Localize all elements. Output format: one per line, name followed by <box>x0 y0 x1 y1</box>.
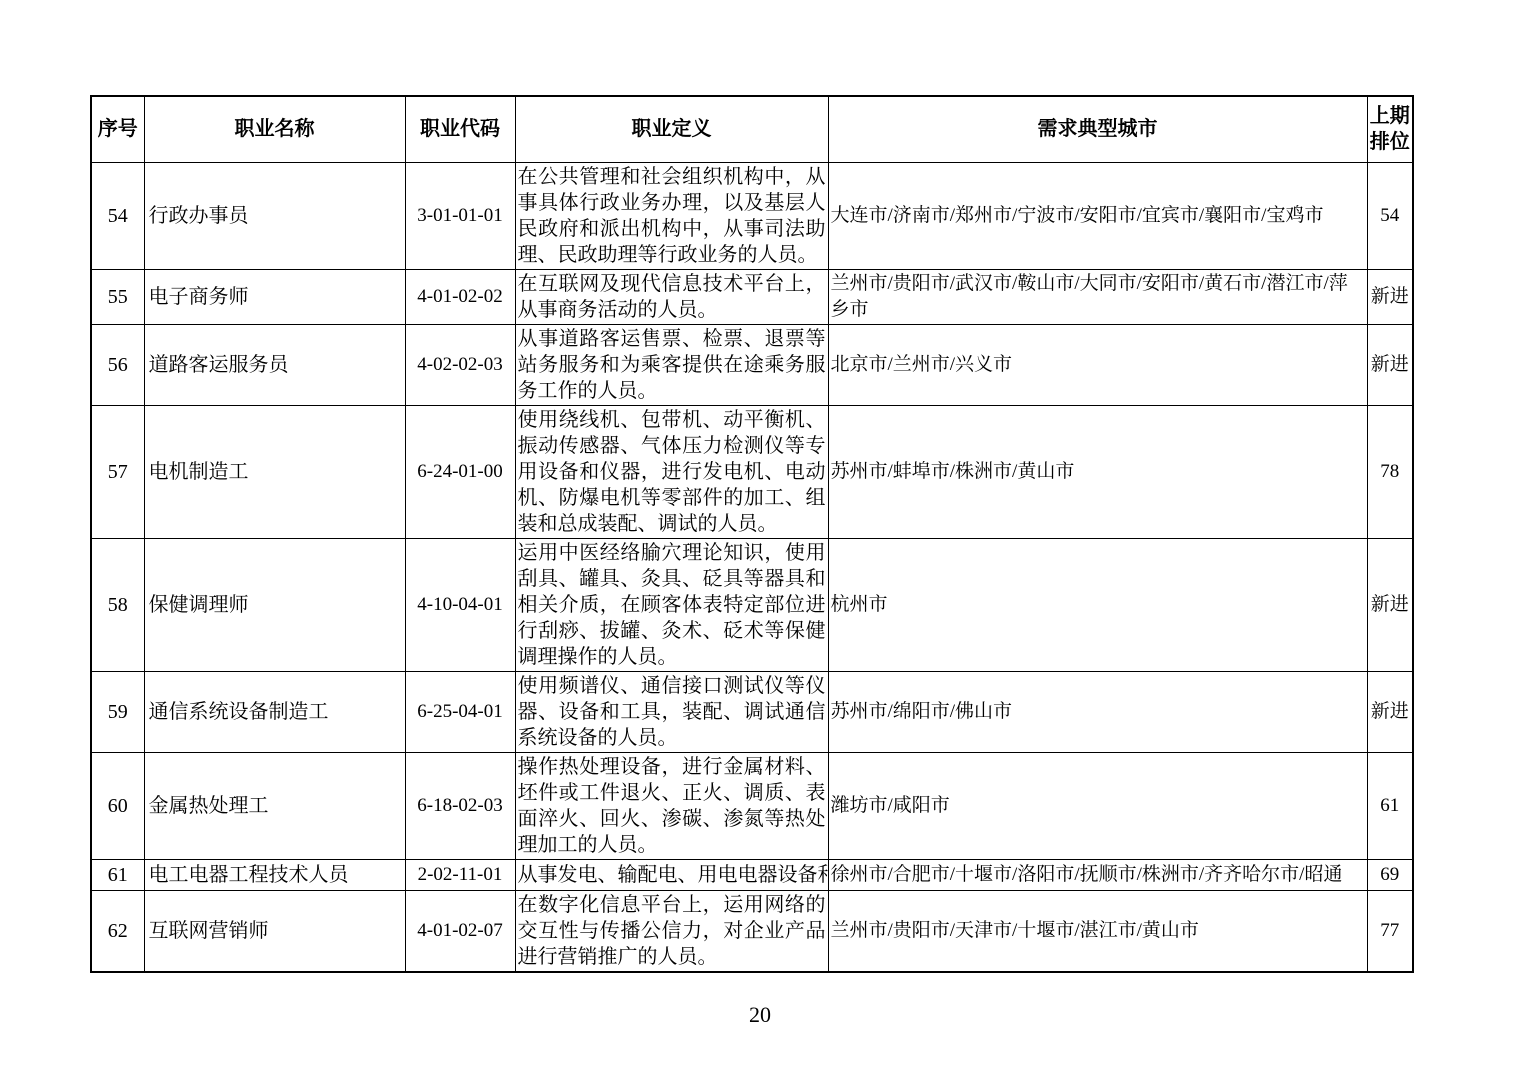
cell-previous-rank: 新进 <box>1367 324 1413 405</box>
cell-definition: 从事道路客运售票、检票、退票等站务服务和为乘客提供在途乘务服务工作的人员。 <box>515 324 828 405</box>
cell-previous-rank: 54 <box>1367 162 1413 269</box>
cell-definition: 在数字化信息平台上，运用网络的交互性与传播公信力，对企业产品进行营销推广的人员。 <box>515 890 828 972</box>
cell-occupation-name: 行政办事员 <box>144 162 405 269</box>
header-demand-cities: 需求典型城市 <box>828 96 1367 162</box>
cell-previous-rank: 77 <box>1367 890 1413 972</box>
cell-index: 57 <box>91 405 144 538</box>
table-row: 57 电机制造工 6-24-01-00 使用绕线机、包带机、动平衡机、振动传感器… <box>91 405 1413 538</box>
cell-previous-rank: 新进 <box>1367 671 1413 752</box>
document-page: 序号 职业名称 职业代码 职业定义 需求典型城市 上期 排位 54 行政办事员 … <box>0 0 1520 1074</box>
cell-occupation-code: 6-24-01-00 <box>405 405 515 538</box>
cell-definition: 在公共管理和社会组织机构中，从事具体行政业务办理，以及基层人民政府和派出机构中，… <box>515 162 828 269</box>
table-row: 55 电子商务师 4-01-02-02 在互联网及现代信息技术平台上，从事商务活… <box>91 269 1413 324</box>
cell-occupation-name: 互联网营销师 <box>144 890 405 972</box>
cell-occupation-name: 电工电器工程技术人员 <box>144 859 405 890</box>
header-occupation-name: 职业名称 <box>144 96 405 162</box>
cell-previous-rank: 新进 <box>1367 269 1413 324</box>
cell-demand-cities: 北京市/兰州市/兴义市 <box>828 324 1367 405</box>
header-occupation-code: 职业代码 <box>405 96 515 162</box>
cell-demand-cities: 兰州市/贵阳市/天津市/十堰市/湛江市/黄山市 <box>828 890 1367 972</box>
cell-index: 56 <box>91 324 144 405</box>
table-header: 序号 职业名称 职业代码 职业定义 需求典型城市 上期 排位 <box>91 96 1413 162</box>
cell-previous-rank: 69 <box>1367 859 1413 890</box>
cell-occupation-code: 3-01-01-01 <box>405 162 515 269</box>
cell-index: 54 <box>91 162 144 269</box>
table-row: 60 金属热处理工 6-18-02-03 操作热处理设备，进行金属材料、坯件或工… <box>91 752 1413 859</box>
cell-occupation-name: 保健调理师 <box>144 538 405 671</box>
table-row: 61 电工电器工程技术人员 2-02-11-01 从事发电、输配电、用电电器设备… <box>91 859 1413 890</box>
cell-index: 61 <box>91 859 144 890</box>
cell-previous-rank: 新进 <box>1367 538 1413 671</box>
cell-definition: 从事发电、输配电、用电电器设备和 <box>515 859 828 890</box>
table-row: 54 行政办事员 3-01-01-01 在公共管理和社会组织机构中，从事具体行政… <box>91 162 1413 269</box>
table-body: 54 行政办事员 3-01-01-01 在公共管理和社会组织机构中，从事具体行政… <box>91 162 1413 972</box>
page-number: 20 <box>0 1002 1520 1028</box>
cell-index: 59 <box>91 671 144 752</box>
cell-occupation-code: 4-02-02-03 <box>405 324 515 405</box>
cell-demand-cities: 大连市/济南市/郑州市/宁波市/安阳市/宜宾市/襄阳市/宝鸡市 <box>828 162 1367 269</box>
header-index: 序号 <box>91 96 144 162</box>
cell-demand-cities: 潍坊市/咸阳市 <box>828 752 1367 859</box>
cell-occupation-name: 电机制造工 <box>144 405 405 538</box>
cell-previous-rank: 61 <box>1367 752 1413 859</box>
cell-occupation-name: 金属热处理工 <box>144 752 405 859</box>
header-row: 序号 职业名称 职业代码 职业定义 需求典型城市 上期 排位 <box>91 96 1413 162</box>
cell-occupation-code: 4-01-02-02 <box>405 269 515 324</box>
cell-definition: 使用绕线机、包带机、动平衡机、振动传感器、气体压力检测仪等专用设备和仪器，进行发… <box>515 405 828 538</box>
table-row: 62 互联网营销师 4-01-02-07 在数字化信息平台上，运用网络的交互性与… <box>91 890 1413 972</box>
cell-definition: 运用中医经络腧穴理论知识，使用刮具、罐具、灸具、砭具等器具和相关介质，在顾客体表… <box>515 538 828 671</box>
cell-occupation-code: 2-02-11-01 <box>405 859 515 890</box>
cell-demand-cities: 苏州市/蚌埠市/株洲市/黄山市 <box>828 405 1367 538</box>
cell-definition: 使用频谱仪、通信接口测试仪等仪器、设备和工具，装配、调试通信系统设备的人员。 <box>515 671 828 752</box>
header-occupation-definition: 职业定义 <box>515 96 828 162</box>
cell-definition: 在互联网及现代信息技术平台上，从事商务活动的人员。 <box>515 269 828 324</box>
cell-index: 62 <box>91 890 144 972</box>
cell-occupation-name: 通信系统设备制造工 <box>144 671 405 752</box>
cell-previous-rank: 78 <box>1367 405 1413 538</box>
cell-index: 55 <box>91 269 144 324</box>
cell-index: 58 <box>91 538 144 671</box>
cell-occupation-code: 4-01-02-07 <box>405 890 515 972</box>
cell-demand-cities: 徐州市/合肥市/十堰市/洛阳市/抚顺市/株洲市/齐齐哈尔市/昭通 <box>828 859 1367 890</box>
cell-demand-cities: 杭州市 <box>828 538 1367 671</box>
table-row: 59 通信系统设备制造工 6-25-04-01 使用频谱仪、通信接口测试仪等仪器… <box>91 671 1413 752</box>
cell-demand-cities: 苏州市/绵阳市/佛山市 <box>828 671 1367 752</box>
cell-index: 60 <box>91 752 144 859</box>
header-previous-rank: 上期 排位 <box>1367 96 1413 162</box>
cell-occupation-code: 4-10-04-01 <box>405 538 515 671</box>
table-row: 56 道路客运服务员 4-02-02-03 从事道路客运售票、检票、退票等站务服… <box>91 324 1413 405</box>
table-row: 58 保健调理师 4-10-04-01 运用中医经络腧穴理论知识，使用刮具、罐具… <box>91 538 1413 671</box>
cell-occupation-name: 电子商务师 <box>144 269 405 324</box>
cell-occupation-code: 6-25-04-01 <box>405 671 515 752</box>
cell-demand-cities: 兰州市/贵阳市/武汉市/鞍山市/大同市/安阳市/黄石市/潜江市/萍乡市 <box>828 269 1367 324</box>
occupation-rank-table: 序号 职业名称 职业代码 职业定义 需求典型城市 上期 排位 54 行政办事员 … <box>90 95 1414 973</box>
cell-occupation-code: 6-18-02-03 <box>405 752 515 859</box>
cell-occupation-name: 道路客运服务员 <box>144 324 405 405</box>
cell-definition: 操作热处理设备，进行金属材料、坯件或工件退火、正火、调质、表面淬火、回火、渗碳、… <box>515 752 828 859</box>
